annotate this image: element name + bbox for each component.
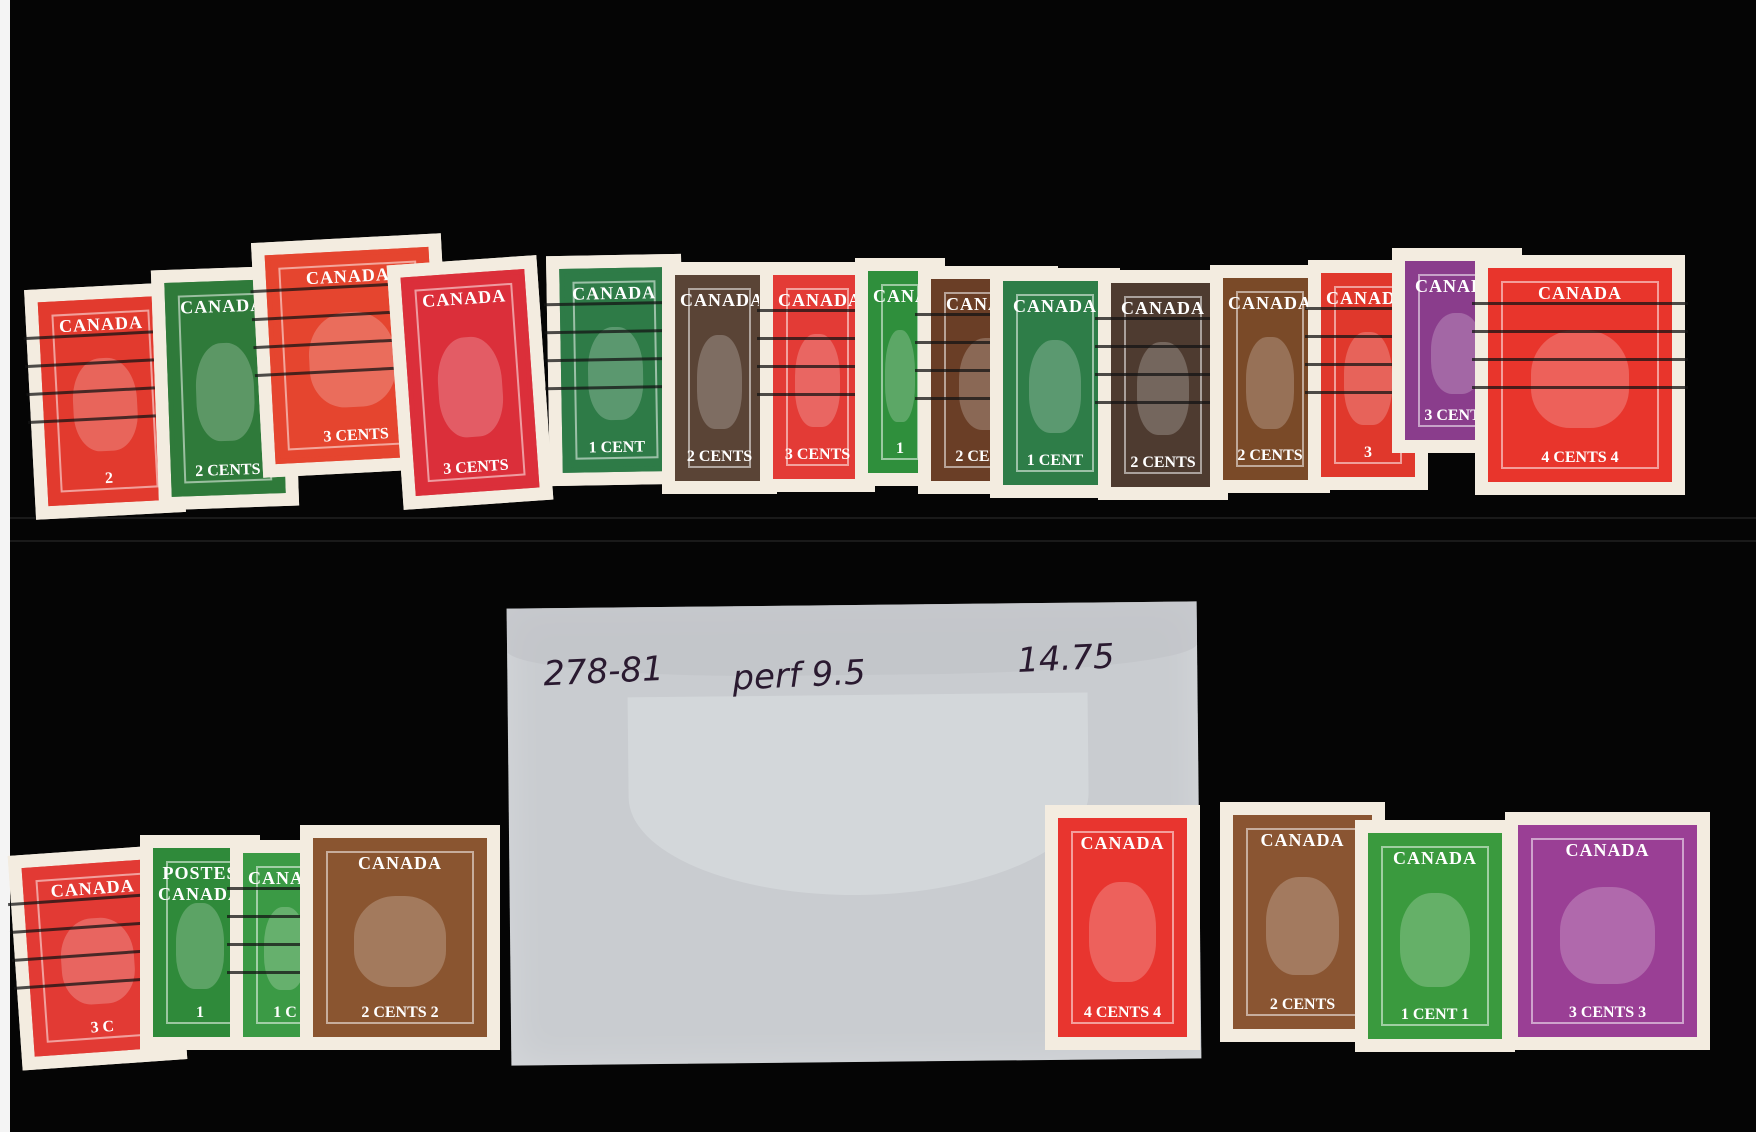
king-portrait [885,330,915,422]
stamp-country: CANADA [1008,296,1102,317]
cancel-line [1472,386,1688,389]
king-portrait [1400,893,1469,987]
cancel-line [1472,358,1688,361]
king-portrait [307,310,398,410]
king-portrait [587,327,644,421]
stamp: CANADA 2 CENTS 2 [300,825,500,1050]
stock-strip-top [10,517,1756,519]
stamp: CANADA 4 CENTS 4 [1475,255,1685,495]
stamp-face: CANADA 4 CENTS 4 [1058,818,1187,1037]
stamp-face: CANADA 3 CENTS [773,275,862,479]
stamp-denomination: 1 CENT [567,438,666,458]
stamp-country: CANADA [1493,283,1667,304]
stamp: CANADA 1 CENT 1 [1355,820,1515,1052]
stamp-face: CANADA 1 CENT [559,267,672,473]
stamp-face: CANADA 3 CENTS 3 [1518,825,1697,1037]
stamp-denomination: 2 CENTS [1228,447,1312,465]
stamp: CANADA 4 CENTS 4 [1045,805,1200,1050]
king-portrait [1266,877,1338,975]
catalog-note: 278-81 [542,649,664,694]
king-portrait [697,335,741,429]
stamp-denomination: 4 CENTS 4 [1493,449,1667,467]
king-portrait [1344,332,1391,425]
stamp-denomination: 1 CENT 1 [1373,1006,1497,1024]
king-portrait [176,903,223,989]
stamp-face: CANADA 1 CENT 1 [1368,833,1502,1039]
stamp-denomination: 2 CENTS 2 [318,1004,482,1022]
stamp-country: CANADA [1063,833,1182,854]
stamp-country: CANADA [1238,830,1367,851]
king-portrait [1089,882,1156,982]
stamp-face: CANADA 2 CENTS [1223,278,1317,480]
perf-note: perf 9.5 [732,653,867,699]
stamp-denomination: 1 CENT [1008,452,1102,470]
stamp-face: CANADA 1 CENT [1003,281,1107,485]
stamp-face: CANADA 2 CENTS [1233,815,1372,1029]
stamp-country: CANADA [1373,848,1497,869]
king-portrait [795,334,839,427]
stamp-face: CANADA 3 CENTS [401,269,540,496]
king-portrait [194,342,256,442]
stamp-face: CANADA 2 CENTS [675,275,764,481]
stamp-country: CANADA [778,290,857,311]
king-portrait [354,896,446,987]
stamp-face: CANADA 4 CENTS 4 [1488,268,1672,482]
stock-strip-divider [10,540,1756,542]
cancel-line [1472,330,1688,333]
king-portrait [1137,342,1190,435]
stamp-denomination: 3 CENTS [778,446,857,464]
envelope-flap [628,693,1090,898]
stamp-country: CANADA [1228,293,1312,314]
cancel-line [1472,302,1688,305]
stamp-country: CANADA [318,853,482,874]
stamp-denomination: 2 CENTS [1238,996,1367,1014]
stamp: CANADA 3 CENTS 3 [1505,812,1710,1050]
stamp-country: CANADA [680,290,759,311]
stamp-denomination: 2 CENTS [680,448,759,466]
stamp-face: CANADA 2 CENTS [1111,283,1215,487]
king-portrait [1531,330,1628,428]
stamp: CANADA 2 CENTS [1098,270,1228,500]
king-portrait [1246,337,1293,429]
stamp: CANADA 3 CENTS [387,255,554,510]
stamp-face: CANADA 2 CENTS 2 [313,838,487,1037]
king-portrait [1029,340,1082,433]
stamp-country: CANADA [1116,298,1210,319]
stamp-denomination: 2 CENTS [1116,454,1210,472]
stamp-country: CANADA [1523,840,1692,861]
king-portrait [1560,887,1655,984]
price-note: 14.75 [1016,637,1115,681]
stamp-denomination: 4 CENTS 4 [1063,1004,1182,1022]
card-edge [0,0,10,1132]
stamp-denomination: 3 CENTS 3 [1523,1004,1692,1022]
